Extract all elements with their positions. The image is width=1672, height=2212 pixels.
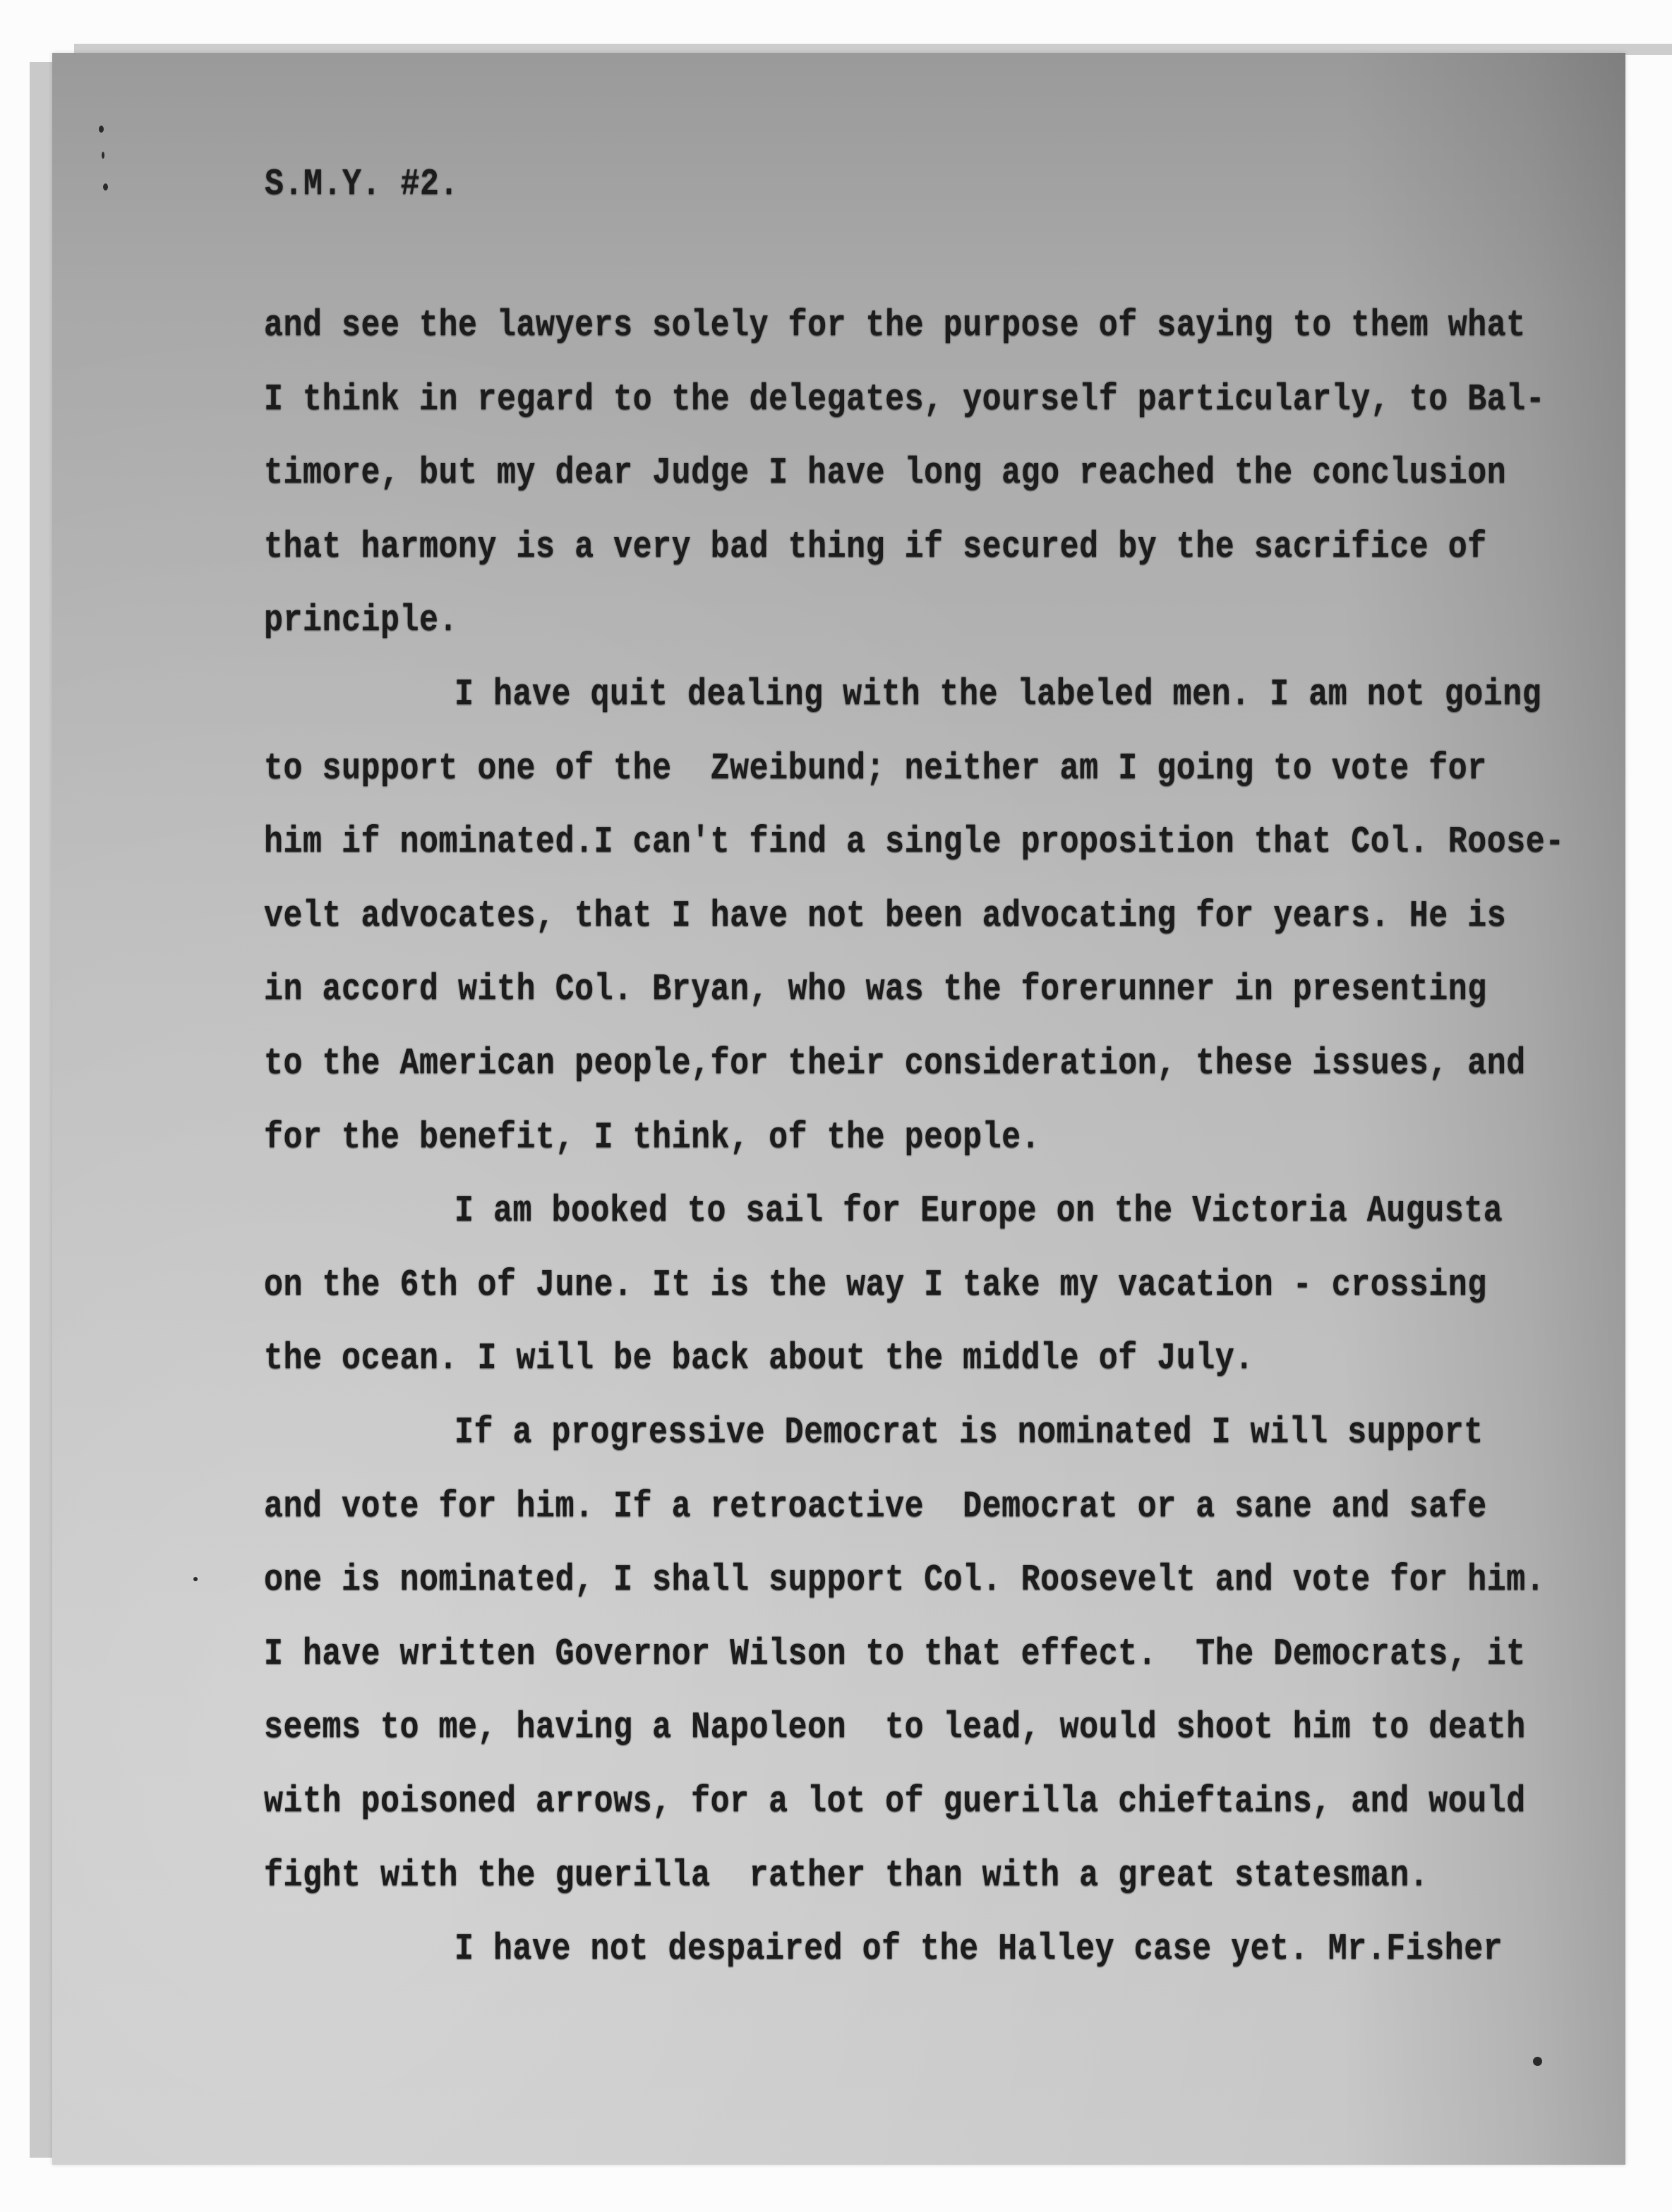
body-line: principle.: [264, 602, 458, 639]
body-line: one is nominated, I shall support Col. R…: [264, 1561, 1545, 1599]
paragraph-first-line: I have not despaired of the Halley case …: [455, 1930, 1503, 1968]
page-header: S.M.Y. #2.: [265, 166, 459, 203]
body-line: and see the lawyers solely for the purpo…: [264, 307, 1526, 344]
paragraph-first-line: I have quit dealing with the labeled men…: [455, 676, 1541, 713]
body-line: the ocean. I will be back about the midd…: [264, 1340, 1254, 1377]
paragraph-first-line: If a progressive Democrat is nominated I…: [455, 1414, 1484, 1451]
page-speck: [1533, 2057, 1542, 2066]
body-line: for the benefit, I think, of the people.: [264, 1119, 1040, 1156]
margin-mark: [99, 126, 104, 133]
body-line: I think in regard to the delegates, your…: [264, 381, 1545, 418]
body-line: in accord with Col. Bryan, who was the f…: [264, 971, 1487, 1008]
body-line: seems to me, having a Napoleon to lead, …: [264, 1709, 1526, 1746]
scan-canvas: S.M.Y. #2. and see the lawyers solely fo…: [0, 0, 1672, 2212]
body-line: on the 6th of June. It is the way I take…: [264, 1267, 1487, 1304]
margin-mark: [103, 183, 108, 191]
body-line: with poisoned arrows, for a lot of gueri…: [264, 1783, 1526, 1820]
body-line: velt advocates, that I have not been adv…: [264, 898, 1506, 935]
body-line: I have written Governor Wilson to that e…: [264, 1636, 1526, 1673]
paragraph-first-line: I am booked to sail for Europe on the Vi…: [455, 1192, 1503, 1230]
body-line: that harmony is a very bad thing if secu…: [264, 528, 1487, 566]
typed-letter-page: S.M.Y. #2. and see the lawyers solely fo…: [52, 53, 1625, 2165]
body-line: fight with the guerilla rather than with…: [264, 1857, 1429, 1894]
body-line: timore, but my dear Judge I have long ag…: [264, 454, 1506, 492]
body-line: to support one of the Zweibund; neither …: [264, 750, 1487, 787]
margin-mark: [102, 152, 104, 159]
page-speck: [193, 1577, 198, 1581]
body-line: to the American people,for their conside…: [264, 1045, 1526, 1082]
body-line: and vote for him. If a retroactive Democ…: [264, 1488, 1487, 1525]
body-line: him if nominated.I can't find a single p…: [264, 823, 1565, 861]
